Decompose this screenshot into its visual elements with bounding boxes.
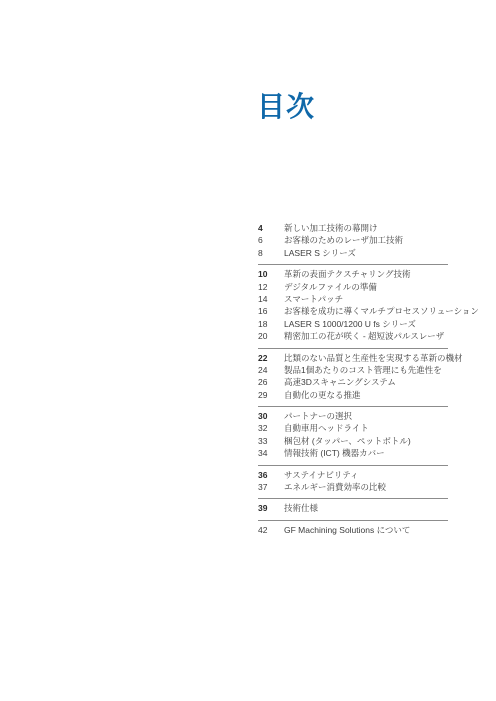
toc-entry: 18LASER S 1000/1200 U fs シリーズ	[258, 318, 448, 330]
toc-entry-page-number: 18	[258, 318, 284, 330]
toc-entry-label: エネルギー消費効率の比較	[284, 481, 448, 493]
toc-entry: 22比類のない品質と生産性を実現する革新の機材	[258, 352, 448, 364]
toc-entry: 33梱包材 (タッパー、ペットボトル)	[258, 435, 448, 447]
toc-entry: 36サステイナビリティ	[258, 469, 448, 481]
toc-entry-page-number: 26	[258, 376, 284, 388]
toc-entry: 39技術仕様	[258, 502, 448, 514]
toc-entry-page-number: 8	[258, 247, 284, 259]
toc-entry-label: 製品1個あたりのコスト管理にも先進性を	[284, 364, 448, 376]
toc-entry-label: パートナーの選択	[284, 410, 448, 422]
toc-entry: 29自動化の更なる推進	[258, 389, 448, 401]
toc-entry-page-number: 4	[258, 222, 284, 234]
toc-entry-label: 梱包材 (タッパー、ペットボトル)	[284, 435, 448, 447]
toc-entry-page-number: 20	[258, 330, 284, 342]
toc-section: 42GF Machining Solutions について	[258, 521, 448, 541]
toc-section: 10革新の表面テクスチャリング技術12デジタルファイルの準備14スマートパッチ1…	[258, 265, 448, 348]
toc-entry-label: 自動化の更なる推進	[284, 389, 448, 401]
toc-entry-label: 新しい加工技術の幕開け	[284, 222, 448, 234]
toc-entry-label: スマートパッチ	[284, 293, 448, 305]
toc-section: 22比類のない品質と生産性を実現する革新の機材24製品1個あたりのコスト管理にも…	[258, 349, 448, 408]
toc-entry: 6お客様のためのレーザ加工技術	[258, 234, 448, 246]
toc-entry-page-number: 33	[258, 435, 284, 447]
toc-entry-label: 技術仕様	[284, 502, 448, 514]
toc-entry: 12デジタルファイルの準備	[258, 281, 448, 293]
toc-entry-label: 比類のない品質と生産性を実現する革新の機材	[284, 352, 463, 364]
toc-entry-page-number: 39	[258, 502, 284, 514]
toc-entry-page-number: 34	[258, 447, 284, 459]
toc-entry-page-number: 16	[258, 305, 284, 317]
toc-entry-page-number: 24	[258, 364, 284, 376]
toc-section: 36サステイナビリティ37エネルギー消費効率の比較	[258, 466, 448, 500]
toc-entry-page-number: 32	[258, 422, 284, 434]
toc-entry-page-number: 42	[258, 524, 284, 536]
toc-entry: 14スマートパッチ	[258, 293, 448, 305]
toc-entry-label: 自動車用ヘッドライト	[284, 422, 448, 434]
toc-entry: 30パートナーの選択	[258, 410, 448, 422]
toc-entry: 4新しい加工技術の幕開け	[258, 222, 448, 234]
toc-section: 4新しい加工技術の幕開け6お客様のためのレーザ加工技術8LASER S シリーズ	[258, 222, 448, 265]
toc-entry-label: お客様のためのレーザ加工技術	[284, 234, 448, 246]
toc-entry-label: 情報技術 (ICT) 機器カバー	[284, 447, 448, 459]
toc-entry-label: 精密加工の花が咲く - 超短波パルスレーザ	[284, 330, 448, 342]
toc-entry-label: 革新の表面テクスチャリング技術	[284, 268, 448, 280]
toc-entry: 37エネルギー消費効率の比較	[258, 481, 448, 493]
toc-entry: 26高速3Dスキャニングシステム	[258, 376, 448, 388]
toc-entry-page-number: 14	[258, 293, 284, 305]
toc-section: 30パートナーの選択32自動車用ヘッドライト33梱包材 (タッパー、ペットボトル…	[258, 407, 448, 466]
toc-entry-page-number: 36	[258, 469, 284, 481]
toc-entry-page-number: 6	[258, 234, 284, 246]
toc-entry-label: デジタルファイルの準備	[284, 281, 448, 293]
toc-entry-label: サステイナビリティ	[284, 469, 448, 481]
toc-section: 39技術仕様	[258, 499, 448, 520]
toc-entry-label: LASER S シリーズ	[284, 247, 448, 259]
toc-entry-page-number: 22	[258, 352, 284, 364]
toc-entry: 10革新の表面テクスチャリング技術	[258, 268, 448, 280]
toc-entry: 24製品1個あたりのコスト管理にも先進性を	[258, 364, 448, 376]
toc-entry-page-number: 12	[258, 281, 284, 293]
toc-entry-label: 高速3Dスキャニングシステム	[284, 376, 448, 388]
toc-entry-page-number: 10	[258, 268, 284, 280]
toc-entry-page-number: 37	[258, 481, 284, 493]
toc-entry: 42GF Machining Solutions について	[258, 524, 448, 536]
toc-entry-page-number: 30	[258, 410, 284, 422]
toc-entry: 20精密加工の花が咲く - 超短波パルスレーザ	[258, 330, 448, 342]
page-title: 目次	[257, 90, 315, 124]
toc-entry-label: LASER S 1000/1200 U fs シリーズ	[284, 318, 448, 330]
toc: 4新しい加工技術の幕開け6お客様のためのレーザ加工技術8LASER S シリーズ…	[258, 222, 448, 541]
toc-entry: 34情報技術 (ICT) 機器カバー	[258, 447, 448, 459]
toc-entry-label: お客様を成功に導くマルチプロセスソリューション	[284, 305, 479, 317]
toc-entry: 32自動車用ヘッドライト	[258, 422, 448, 434]
toc-page: 目次 4新しい加工技術の幕開け6お客様のためのレーザ加工技術8LASER S シ…	[0, 0, 496, 701]
toc-entry: 16お客様を成功に導くマルチプロセスソリューション	[258, 305, 448, 317]
toc-entry: 8LASER S シリーズ	[258, 247, 448, 259]
toc-entry-label: GF Machining Solutions について	[284, 524, 448, 536]
toc-entry-page-number: 29	[258, 389, 284, 401]
